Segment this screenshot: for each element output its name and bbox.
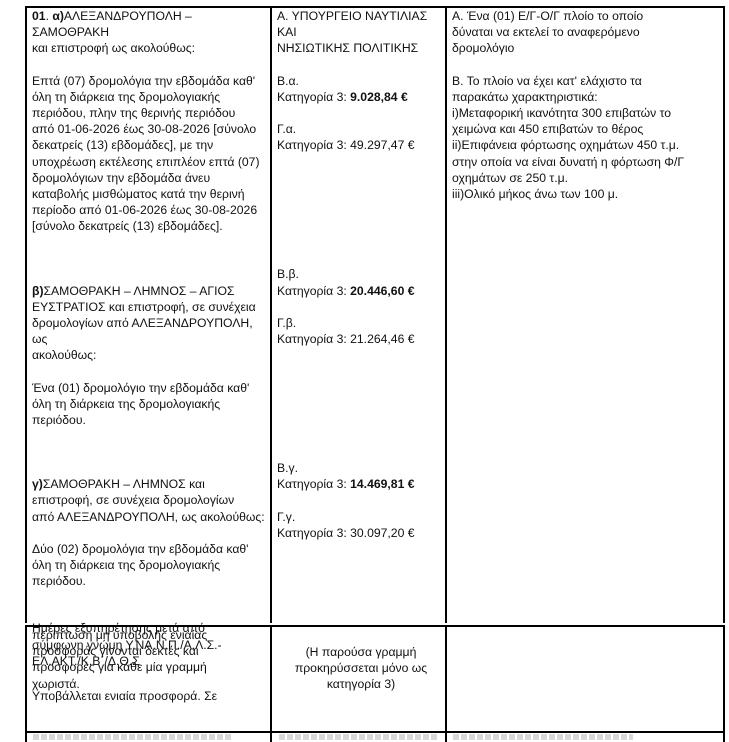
text-line: Επτά (07) δρομολόγια την εβδομάδα καθ' <box>32 73 268 89</box>
cost-item: Γ.α.Κατηγορία 3: 49.297,47 € <box>277 121 445 153</box>
vessel-specs: Β. Το πλοίο να έχει κατ' ελάχιστο ταπαρα… <box>452 73 722 203</box>
cut-off-next-row-text <box>453 734 633 740</box>
cut-off-next-row-text <box>279 734 439 740</box>
cost-line: Κατηγορία 3: 49.297,47 € <box>277 137 445 153</box>
cost-code: Β.α. <box>277 73 445 89</box>
text-line: Β. Το πλοίο να έχει κατ' ελάχιστο τα <box>452 73 722 89</box>
text-line: Ένα (01) δρομολόγιο την εβδομάδα καθ' <box>32 380 268 396</box>
text-line: όλη τη διάρκεια της δρομολογιακής <box>32 396 268 412</box>
text-line: i)Μεταφορική ικανότητα 300 επιβατών το <box>452 105 722 121</box>
text-line: προσφοράς γίνονται δεκτές και <box>32 643 268 659</box>
text-line: (Η παρούσα γραμμή <box>277 644 445 660</box>
column-border <box>723 625 725 742</box>
text-line: περίπτωση μη υποβολής ενιαίας <box>32 627 268 643</box>
text-line: προσφορές για κάθε μία γραμμή <box>32 659 268 675</box>
cost-line: Κατηγορία 3: 20.446,60 € <box>277 283 445 299</box>
cost-amount: 14.469,81 € <box>350 477 414 491</box>
cost-amount: 21.264,46 € <box>350 332 414 346</box>
cost-code: Β.β. <box>277 266 445 282</box>
text-line: Α. Ένα (01) Ε/Γ-Ο/Γ πλοίο το οποίο <box>452 8 722 24</box>
category-note: (Η παρούσα γραμμήπροκηρύσσεται μόνο ωςκα… <box>277 644 445 693</box>
text-line: iii)Ολικό μήκος άνω των 100 μ. <box>452 186 722 202</box>
text-line: προκηρύσσεται μόνο ως <box>277 660 445 676</box>
text-line: από 01-06-2026 έως 30-08-2026 [σύνολο <box>32 121 268 137</box>
column-border <box>445 625 447 742</box>
cost-amount: 30.097,20 € <box>350 526 414 540</box>
text-line: Α. ΥΠΟΥΡΓΕΙΟ ΝΑΥΤΙΛΙΑΣ ΚΑΙ <box>277 8 445 40</box>
single-offer-note-continued: περίπτωση μη υποβολής ενιαίαςπροσφοράς γ… <box>32 627 268 692</box>
cost-amount: 9.028,84 € <box>350 90 408 104</box>
cost-item: Γ.γ.Κατηγορία 3: 30.097,20 € <box>277 509 445 541</box>
route-c-heading: γ)ΣΑΜΟΘΡΑΚΗ – ΛΗΜΝΟΣ και επιστροφή, σε σ… <box>32 476 268 525</box>
cost-code: Γ.γ. <box>277 509 445 525</box>
authority-name: Α. ΥΠΟΥΡΓΕΙΟ ΝΑΥΤΙΛΙΑΣ ΚΑΙΝΗΣΙΩΤΙΚΗΣ ΠΟΛ… <box>277 8 445 57</box>
text-line: οχημάτων σε 250 τ.μ. <box>452 170 722 186</box>
table-section-upper: 01. α)ΑΛΕΞΑΝΔΡΟΥΠΟΛΗ – ΣΑΜΟΘΡΑΚΗ και επι… <box>25 6 725 623</box>
text-line: δρομολόγιο <box>452 40 722 56</box>
cost-line: Κατηγορία 3: 21.264,46 € <box>277 331 445 347</box>
cost-item: Β.α.Κατηγορία 3: 9.028,84 € <box>277 73 445 105</box>
column-border <box>270 6 272 623</box>
text-line: στην οποία να είναι δυνατή η φόρτωση Φ/Γ <box>452 154 722 170</box>
cost-line: Κατηγορία 3: 14.469,81 € <box>277 476 445 492</box>
text-line: όλη τη διάρκεια της δρομολογιακής <box>32 557 268 573</box>
cost-code: Γ.β. <box>277 315 445 331</box>
cost-amount: 49.297,47 € <box>350 138 414 152</box>
text-line: δύναται να εκτελεί το αναφερόμενο <box>452 24 722 40</box>
cost-code: Β.γ. <box>277 460 445 476</box>
table-row-border <box>25 731 725 733</box>
authority-cost-cell: Α. ΥΠΟΥΡΓΕΙΟ ΝΑΥΤΙΛΙΑΣ ΚΑΙΝΗΣΙΩΤΙΚΗΣ ΠΟΛ… <box>277 8 445 541</box>
text-line: περίοδο από 01-06-2026 έως 30-08-2026 <box>32 202 268 218</box>
text-line: χωριστά. <box>32 676 268 692</box>
text-line: [σύνολο δεκατρείς (13) εβδομάδες]. <box>32 218 268 234</box>
text-line: κατηγορία 3) <box>277 676 445 692</box>
column-border <box>25 6 27 623</box>
cost-item: Γ.β.Κατηγορία 3: 21.264,46 € <box>277 315 445 347</box>
cost-code: Γ.α. <box>277 121 445 137</box>
text-line: περιόδου. <box>32 412 268 428</box>
text-line: περιόδου. <box>32 573 268 589</box>
text-line: δεκατρείς (13) εβδομάδες], με την <box>32 137 268 153</box>
route-a-heading-tail: και επιστροφή ως ακολούθως: <box>32 40 268 56</box>
text-line: περιόδου, πλην της θερινής περιόδου <box>32 105 268 121</box>
text-line: ii)Επιφάνεια φόρτωσης οχημάτων 450 τ.μ. <box>452 137 722 153</box>
route-b-heading: β)ΣΑΜΟΘΡΑΚΗ – ΛΗΜΝΟΣ – ΑΓΙΟΣ ΕΥΣΤΡΑΤΙΟΣ … <box>32 283 268 364</box>
column-border <box>270 625 272 742</box>
text-line: χειμώνα και 450 επιβατών το θέρος <box>452 121 722 137</box>
text-line: παρακάτω χαρακτηριστικά: <box>452 89 722 105</box>
cost-line: Κατηγορία 3: 9.028,84 € <box>277 89 445 105</box>
text-line: δρομολόγιων την εβδομάδα άνευ <box>32 170 268 186</box>
route-description-cell: 01. α)ΑΛΕΞΑΝΔΡΟΥΠΟΛΗ – ΣΑΜΟΘΡΑΚΗ και επι… <box>32 8 268 704</box>
route-b-schedule: Ένα (01) δρομολόγιο την εβδομάδα καθ'όλη… <box>32 380 268 429</box>
text-line: καταβολής μισθώματος κατά την θερινή <box>32 186 268 202</box>
text-line: υποχρέωση εκτέλεσης επιπλέον επτά (07) <box>32 154 268 170</box>
text-line: όλη τη διάρκεια της δρομολογιακής <box>32 89 268 105</box>
vessel-type: Α. Ένα (01) Ε/Γ-Ο/Γ πλοίο το οποίοδύνατα… <box>452 8 722 57</box>
text-line: ΝΗΣΙΩΤΙΚΗΣ ΠΟΛΙΤΙΚΗΣ <box>277 40 445 56</box>
table-section-lower: περίπτωση μη υποβολής ενιαίαςπροσφοράς γ… <box>25 625 725 742</box>
cost-line: Κατηγορία 3: 30.097,20 € <box>277 525 445 541</box>
route-a-heading: 01. α)ΑΛΕΞΑΝΔΡΟΥΠΟΛΗ – ΣΑΜΟΘΡΑΚΗ <box>32 8 268 40</box>
vessel-requirements-cell: Α. Ένα (01) Ε/Γ-Ο/Γ πλοίο το οποίοδύνατα… <box>452 8 722 202</box>
text-line: Δύο (02) δρομολόγια την εβδομάδα καθ' <box>32 541 268 557</box>
cost-item: Β.β.Κατηγορία 3: 20.446,60 € <box>277 266 445 298</box>
route-c-schedule: Δύο (02) δρομολόγια την εβδομάδα καθ'όλη… <box>32 541 268 590</box>
cost-amount: 20.446,60 € <box>350 284 414 298</box>
cost-item: Β.γ.Κατηγορία 3: 14.469,81 € <box>277 460 445 492</box>
column-border <box>25 625 27 742</box>
column-border <box>723 6 725 623</box>
column-border <box>445 6 447 623</box>
route-a-schedule: Επτά (07) δρομολόγια την εβδομάδα καθ'όλ… <box>32 73 268 235</box>
cut-off-next-row-text <box>33 734 233 740</box>
